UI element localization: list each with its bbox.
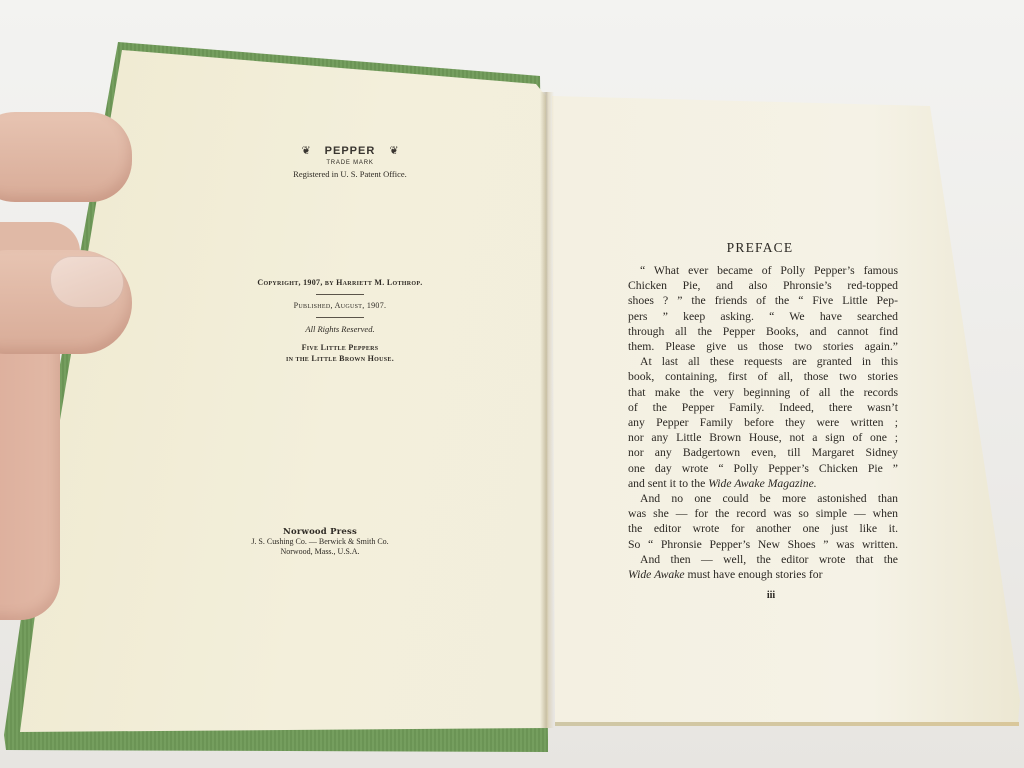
printer-block: Norwood Press J. S. Cushing Co. — Berwic… — [215, 527, 425, 557]
book-title-line: in the Little Brown House. — [235, 353, 445, 364]
text-line: And no one could be more astonished than — [628, 491, 898, 506]
preface-text: “ What ever became of Polly Pepper’s fam… — [628, 263, 898, 582]
text-line: And then — well, the editor wrote that t… — [628, 552, 898, 567]
divider — [316, 294, 364, 295]
text-line: of the Pepper Family. Indeed, there wasn… — [628, 400, 898, 415]
text-line: At last all these requests are granted i… — [628, 354, 898, 369]
page-edge — [555, 722, 1019, 726]
printer-address: Norwood, Mass., U.S.A. — [215, 547, 425, 557]
text-line: So “ Phronsie Pepper’s New Shoes ” was w… — [628, 537, 898, 552]
divider — [316, 317, 364, 318]
text-line: Chicken Pie, and also Phronsie’s red-top… — [628, 278, 898, 293]
text-line: book, containing, first of all, those tw… — [628, 369, 898, 384]
text-line: that make the very beginning of all the … — [628, 385, 898, 400]
text-line: through all the Pepper Books, and cannot… — [628, 324, 898, 339]
published-line: Published, August, 1907. — [235, 301, 445, 310]
page-number: iii — [756, 590, 786, 601]
text-line: Wide Awake must have enough stories for — [628, 567, 898, 582]
printer-line: J. S. Cushing Co. — Berwick & Smith Co. — [215, 537, 425, 547]
copyright-line: Copyright, 1907, by Harriett M. Lothrop. — [235, 278, 445, 287]
text-line: and sent it to the Wide Awake Magazine. — [628, 476, 898, 491]
text-line: was she — for the record was so simple —… — [628, 506, 898, 521]
book-gutter — [540, 92, 554, 728]
book-title-line: Five Little Peppers — [235, 342, 445, 353]
text-line: “ What ever became of Polly Pepper’s fam… — [628, 263, 898, 278]
page-title: PREFACE — [700, 240, 820, 256]
rights-line: All Rights Reserved. — [235, 324, 445, 334]
text-line: any Pepper Family before they were writt… — [628, 415, 898, 430]
trademark-block: ❦ PEPPER ❦ TRADE MARK Registered in U. S… — [250, 141, 450, 179]
text-line: nor any Badgertown even, till Margaret S… — [628, 445, 898, 460]
ornament-icon: ❦ — [301, 144, 310, 157]
trademark-title: PEPPER — [325, 145, 376, 157]
text-line: them. Please give us those two stories a… — [628, 339, 898, 354]
book-photo: ❦ PEPPER ❦ TRADE MARK Registered in U. S… — [0, 0, 1024, 768]
text-line: pers ” keep asking. “ We have searched — [628, 309, 898, 324]
magazine-title: Wide Awake — [628, 568, 685, 581]
registered-notice: Registered in U. S. Patent Office. — [250, 169, 450, 179]
copyright-block: Copyright, 1907, by Harriett M. Lothrop.… — [235, 278, 445, 364]
ornament-icon: ❦ — [389, 144, 398, 157]
trademark-subtitle: TRADE MARK — [250, 160, 450, 166]
hand-finger — [0, 222, 80, 282]
magazine-title: Wide Awake Magazine. — [708, 477, 817, 490]
text-line: one day wrote “ Polly Pepper’s Chicken P… — [628, 461, 898, 476]
text-line: the editor wrote for another one just li… — [628, 521, 898, 536]
text-line: nor any Little Brown House, not a sign o… — [628, 430, 898, 445]
text-line: shoes ? ” the friends of the “ Five Litt… — [628, 293, 898, 308]
press-name: Norwood Press — [215, 527, 425, 537]
